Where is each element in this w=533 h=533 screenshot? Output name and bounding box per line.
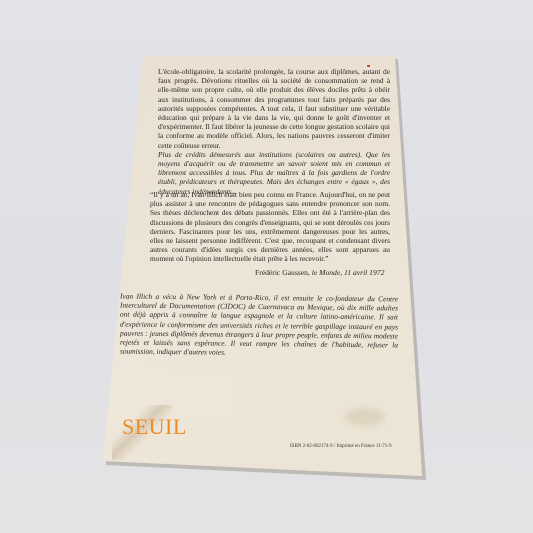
bio-text: Ivan Illich a vécu à New York et à Porto… — [120, 292, 398, 359]
blurb-paragraph-1: L'école-obligatoire, la scolarité prolon… — [158, 67, 390, 150]
book-back-cover: L'école-obligatoire, la scolarité prolon… — [0, 0, 533, 533]
blurb-block: L'école-obligatoire, la scolarité prolon… — [158, 67, 390, 196]
publisher-logo: SEUIL — [122, 414, 187, 440]
isbn-line: ISBN 2-02-002174-9 / Imprimé en France 1… — [290, 444, 391, 449]
stain-mark — [345, 408, 385, 426]
press-quote: “Il y a un an, Ivan Illich était bien pe… — [150, 190, 390, 264]
quote-attribution: Frédéric Gaussen, le Monde, 11 avril 197… — [255, 268, 384, 277]
author-bio: Ivan Illich a vécu à New York et à Porto… — [120, 292, 398, 359]
blurb-paragraph-2: Plus de crédits démesurés aux institutio… — [158, 150, 390, 196]
quote-source: le Monde, — [312, 268, 342, 277]
quote-author: Frédéric Gaussen, — [255, 268, 310, 277]
quote-date: 11 avril 1972 — [344, 268, 384, 277]
quote-text: “Il y a un an, Ivan Illich était bien pe… — [150, 190, 390, 264]
